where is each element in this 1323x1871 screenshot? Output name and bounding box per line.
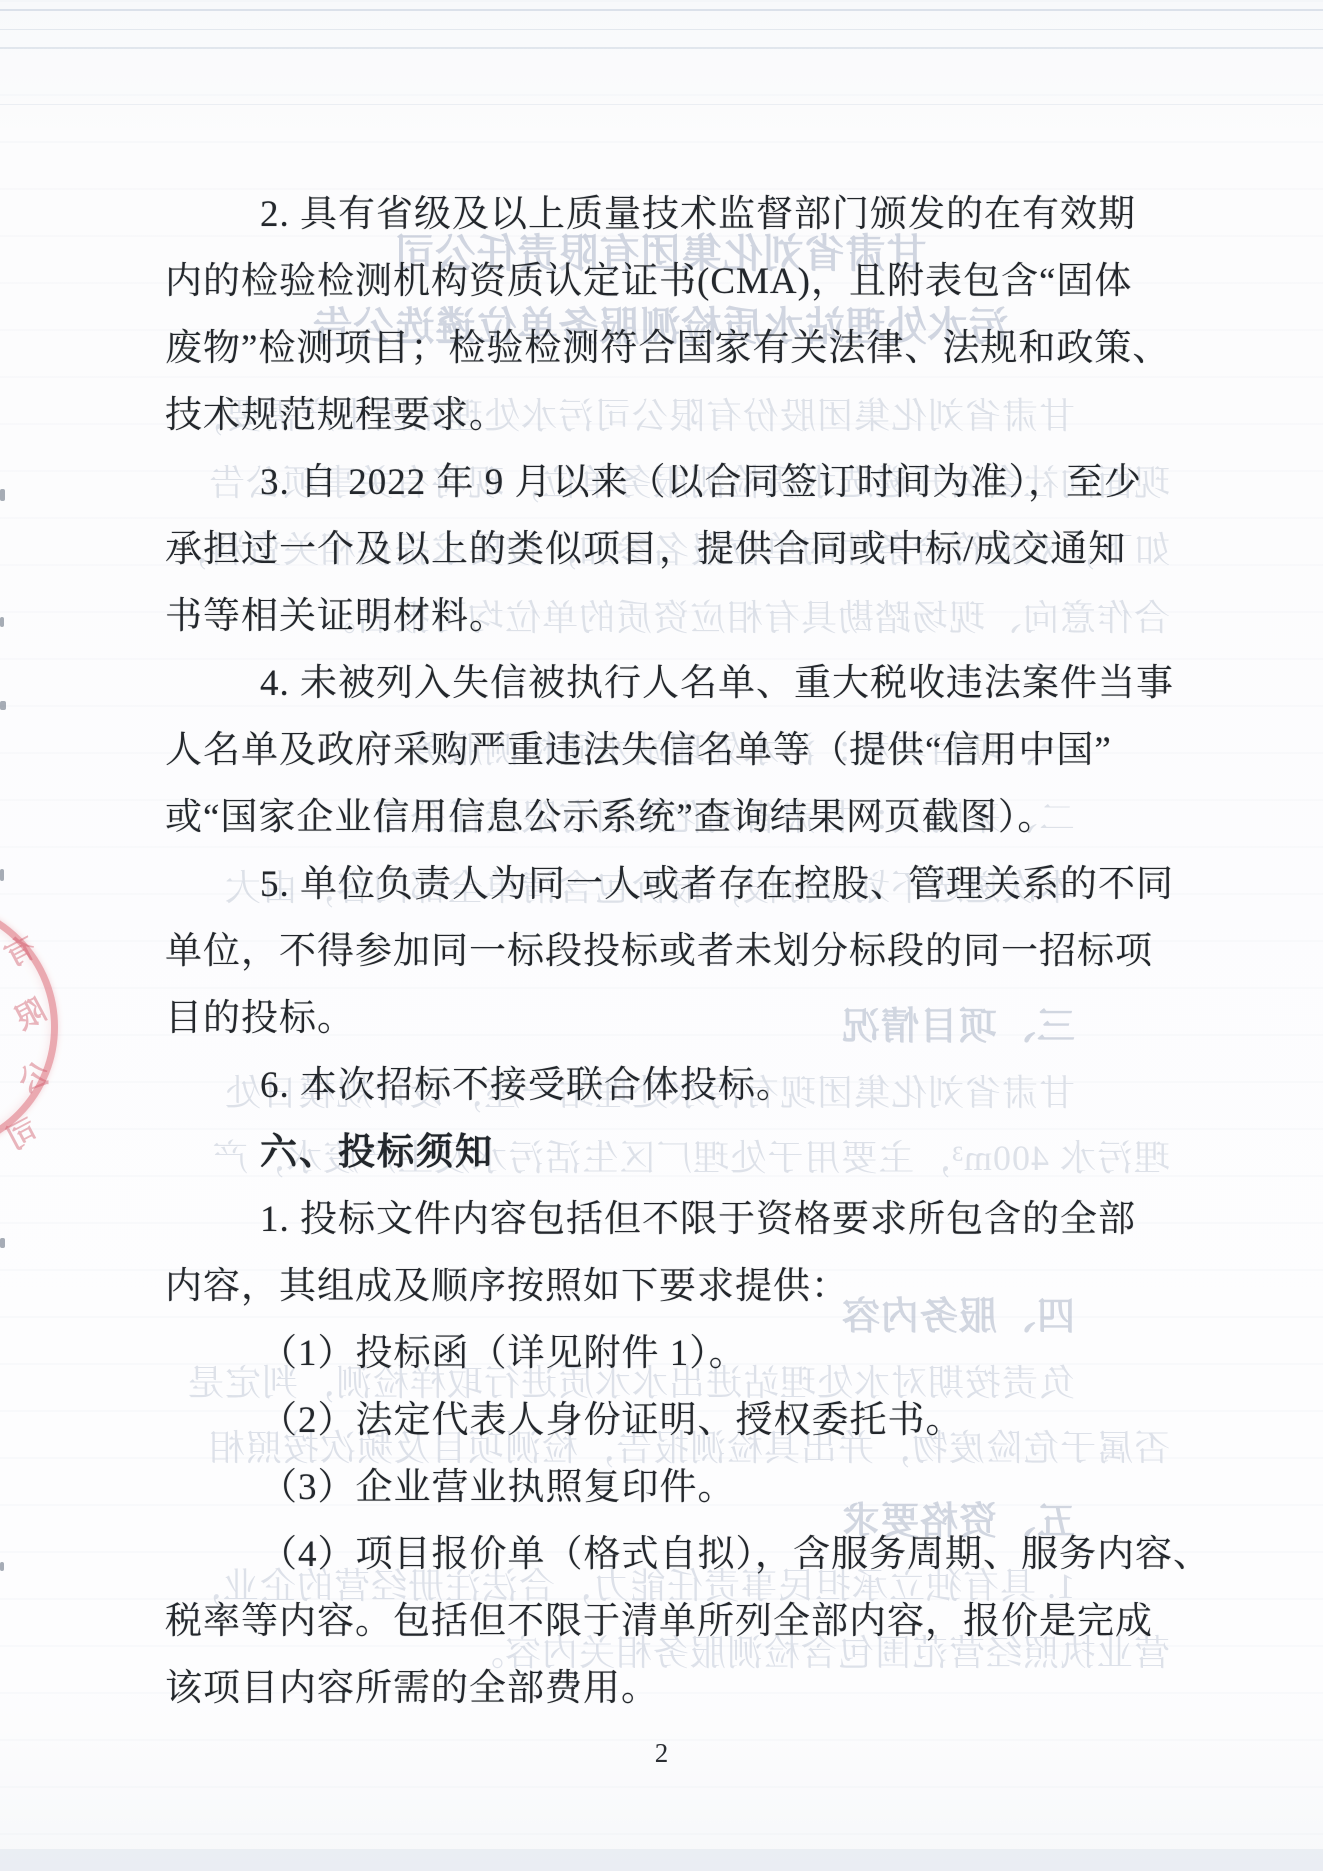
edge-artifact: [0, 1562, 4, 1571]
text-line: 人名单及政府采购严重违法失信名单等（提供“信用中国”: [165, 717, 1165, 784]
text-line: 单位，不得参加同一标段投标或者未划分标段的同一招标项: [165, 918, 1165, 985]
red-stamp: 有限公司: [0, 895, 90, 1155]
scanned-document-page: 甘肃省刘化集团有限责任公司污水处理站水质检测服务单位遴选公告甘肃省刘化集团股份有…: [0, 0, 1323, 1871]
text-line: 该项目内容所需的全部费用。: [165, 1655, 1165, 1722]
stamp-character: 公: [9, 1049, 56, 1102]
text-line: （1）投标函（详见附件 1）。: [165, 1320, 1165, 1387]
text-line: 4. 未被列入失信被执行人名单、重大税收违法案件当事: [165, 650, 1165, 717]
text-line: （3）企业营业执照复印件。: [165, 1454, 1165, 1521]
text-line: 6. 本次招标不接受联合体投标。: [165, 1052, 1165, 1119]
text-line: 承担过一个及以上的类似项目，提供合同或中标/成交通知: [165, 516, 1165, 583]
text-line: 六、投标须知: [165, 1119, 1165, 1186]
scan-streak: [0, 9, 1323, 11]
page-number: 2: [0, 1738, 1323, 1769]
document-body: 2. 具有省级及以上质量技术监督部门颁发的在有效期内的检验检测机构资质认定证书(…: [165, 181, 1165, 1722]
text-line: 目的投标。: [165, 985, 1165, 1052]
scan-streak: [0, 1849, 1323, 1871]
edge-artifact: [0, 489, 5, 501]
text-line: 税率等内容。包括但不限于清单所列全部内容，报价是完成: [165, 1588, 1165, 1655]
text-line: （2）法定代表人身份证明、授权委托书。: [165, 1387, 1165, 1454]
text-line: （4）项目报价单（格式自拟），含服务周期、服务内容、: [165, 1521, 1165, 1588]
text-line: 5. 单位负责人为同一人或者存在控股、管理关系的不同: [165, 851, 1165, 918]
text-line: 废物”检测项目；检验检测符合国家有关法律、法规和政策、: [165, 315, 1165, 382]
text-line: 或“国家企业信用信息公示系统”查询结果网页截图）。: [165, 784, 1165, 851]
stamp-character: 司: [0, 1106, 45, 1159]
scan-streak: [0, 47, 1323, 49]
edge-artifact: [0, 701, 6, 710]
text-line: 内容，其组成及顺序按照如下要求提供：: [165, 1253, 1165, 1320]
edge-artifact: [0, 617, 4, 627]
text-line: 3. 自 2022 年 9 月以来（以合同签订时间为准），至少: [165, 449, 1165, 516]
scan-streak: [0, 104, 1323, 105]
text-line: 书等相关证明材料。: [165, 583, 1165, 650]
text-line: 1. 投标文件内容包括但不限于资格要求所包含的全部: [165, 1186, 1165, 1253]
stamp-ring-icon: [0, 900, 58, 1154]
scan-streak: [0, 29, 1323, 30]
stamp-character: 限: [5, 986, 52, 1039]
stamp-character: 有: [0, 923, 43, 976]
text-line: 内的检验检测机构资质认定证书(CMA)，且附表包含“固体: [165, 248, 1165, 315]
edge-artifact: [0, 869, 4, 881]
text-line: 技术规范规程要求。: [165, 382, 1165, 449]
edge-artifact: [0, 1238, 5, 1248]
text-line: 2. 具有省级及以上质量技术监督部门颁发的在有效期: [165, 181, 1165, 248]
